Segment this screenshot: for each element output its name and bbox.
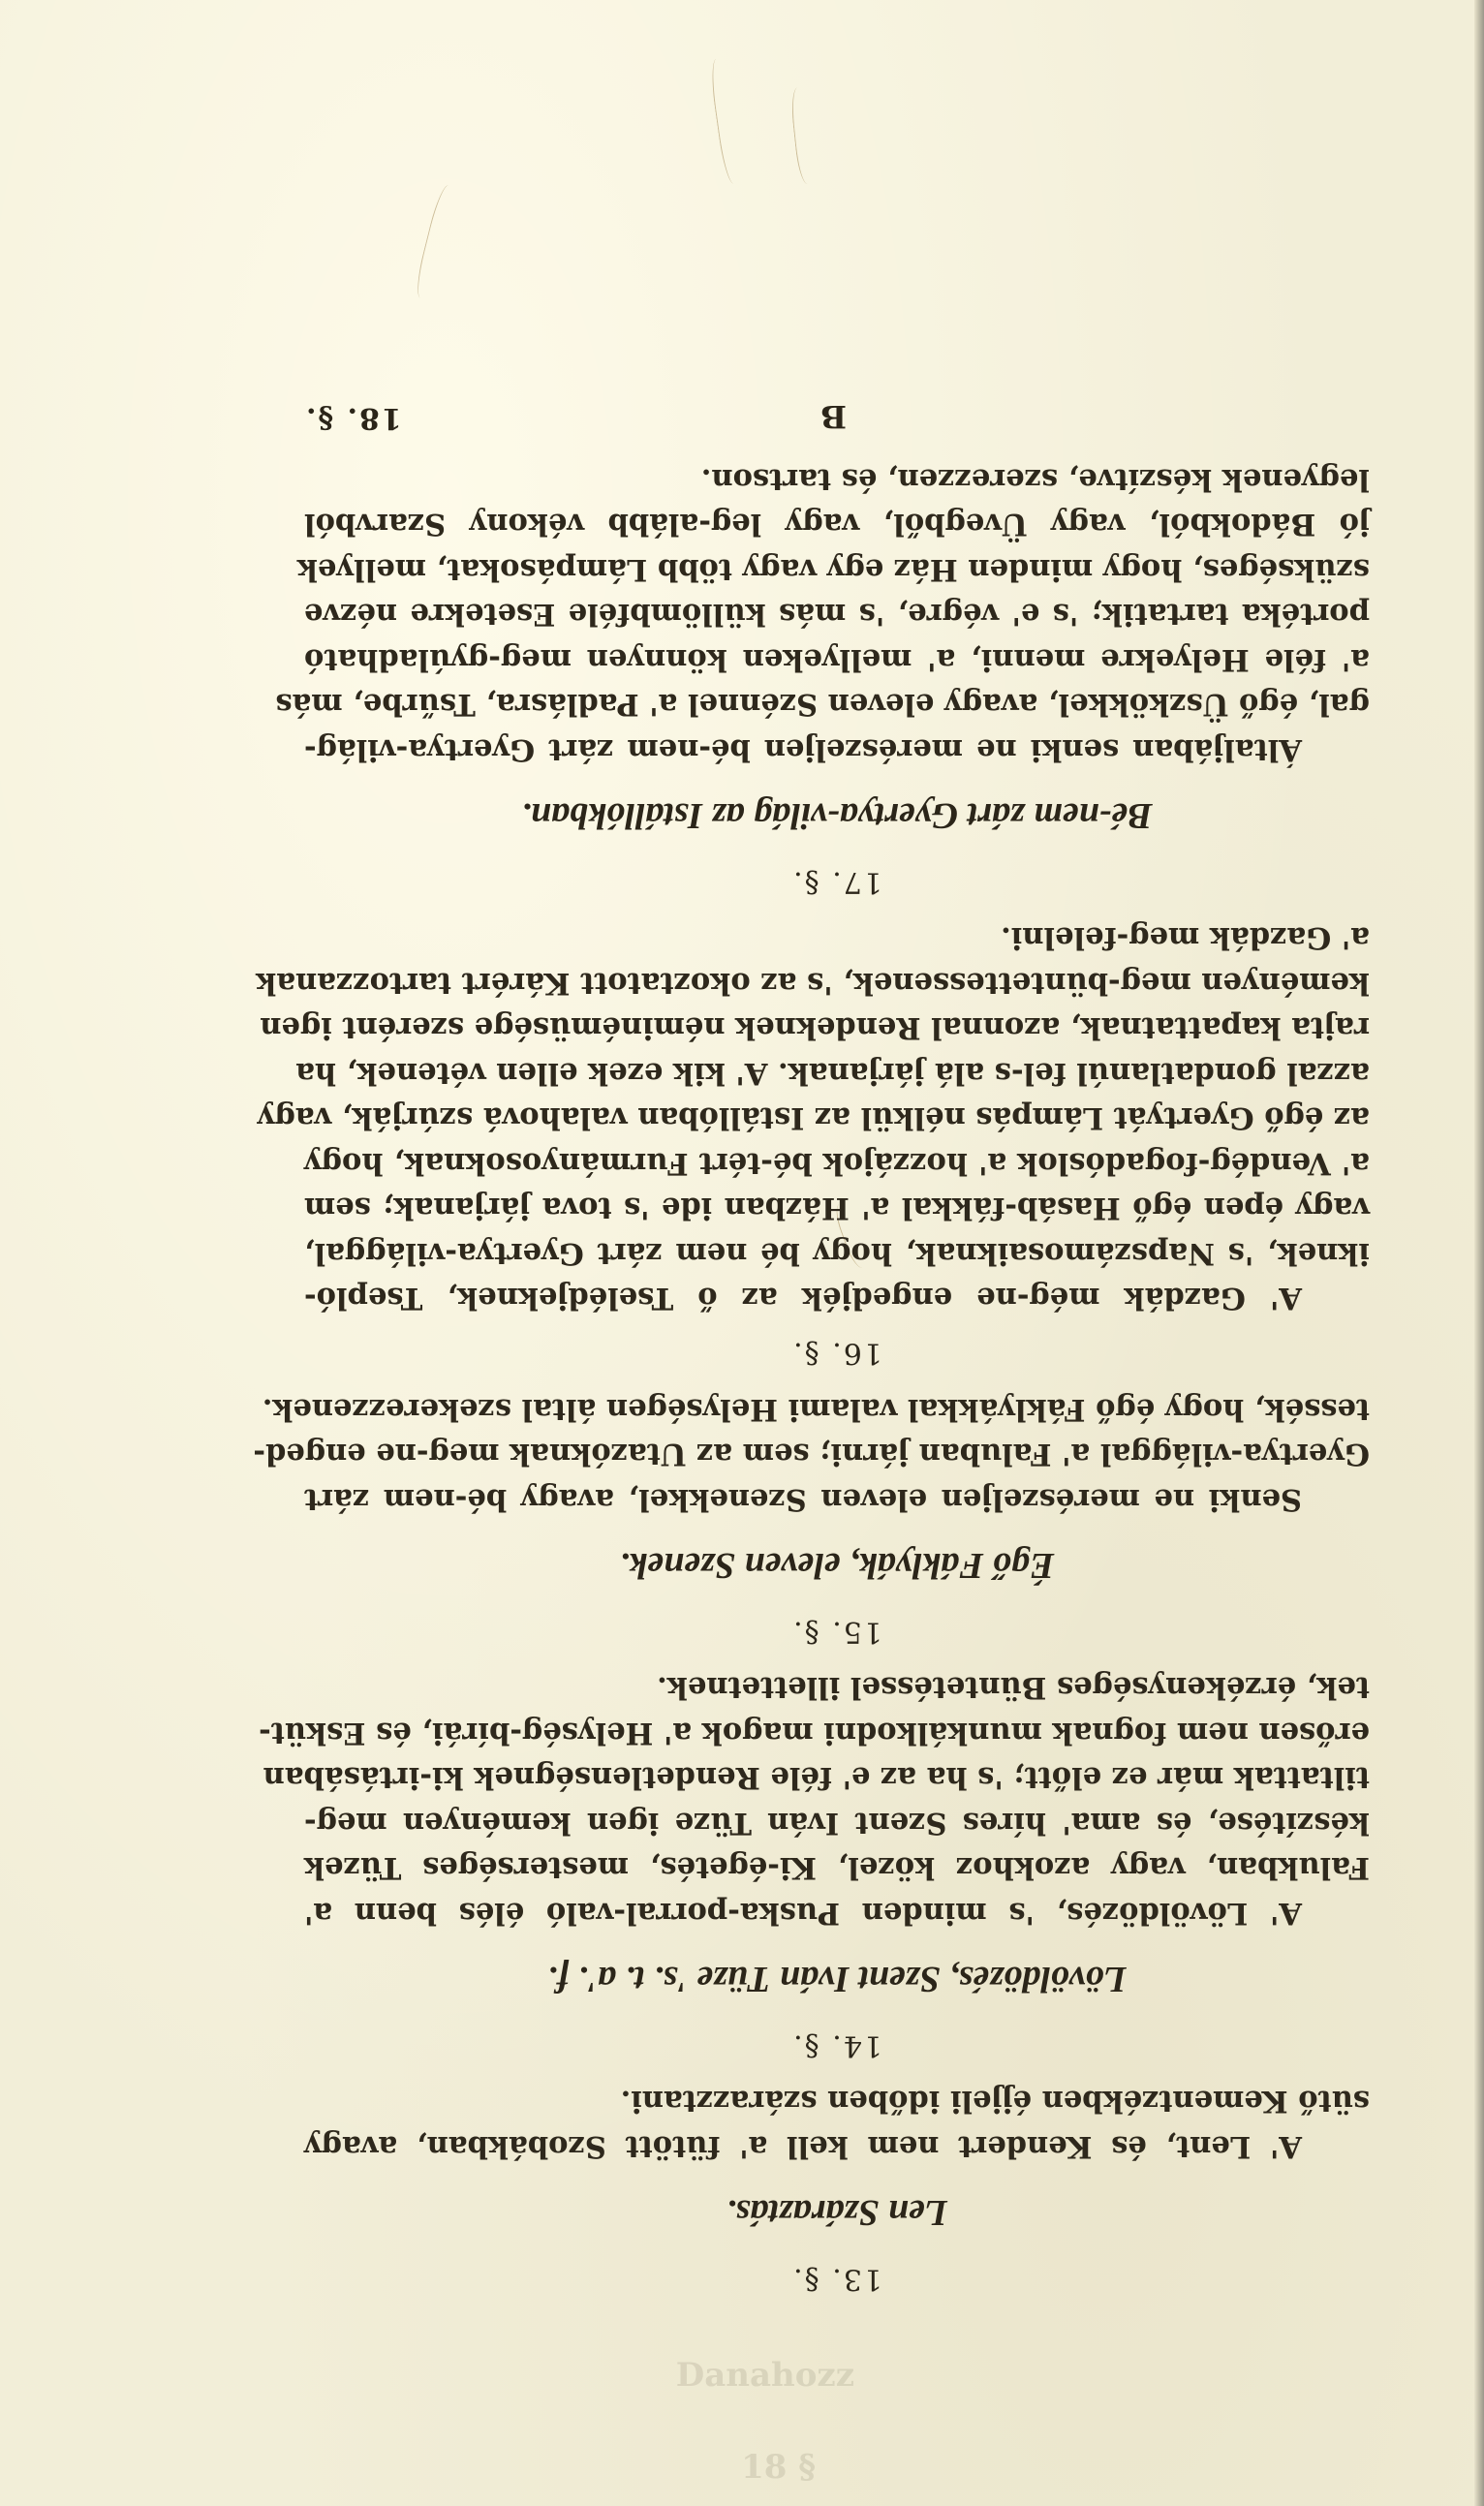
- signature-mark: B: [820, 399, 847, 436]
- section-15: 15. §. Égő Fáklyák, eleven Szenek. Senki…: [304, 1387, 1370, 1655]
- text-line: A' Lent, és Kendert nem kell a' fütött S…: [304, 2124, 1370, 2170]
- section-16: 16. §. A' Gazdák még-ne engedjék az ő Ts…: [304, 915, 1370, 1376]
- text-line: A' Gazdák még-ne engedjék az ő Tselédjek…: [304, 1276, 1370, 1321]
- text-line: Falukban, vagy azokhoz közel, Ki-égetés,…: [304, 1845, 1370, 1891]
- text-line: tek, érzékenységes Büntetéssel illettetn…: [304, 1665, 1370, 1711]
- text-line: Senki ne merészeljen eleven Szenekkel, a…: [304, 1477, 1370, 1523]
- show-through-text: 18 §: [741, 2448, 816, 2487]
- text-line: keményen meg-büntettessenek, 's az okozt…: [304, 961, 1370, 1006]
- text-line: legyenek készítve, szerezzen, és tartson…: [304, 457, 1370, 503]
- text-line: a' Gazdák meg-felelni.: [304, 915, 1370, 961]
- text-line: iknek, 's Napszámosaiknak, hogy bé nem z…: [304, 1231, 1370, 1277]
- text-line: portéka tartatik; 's e' végre, 's más kü…: [304, 592, 1370, 637]
- section-number: 16. §.: [304, 1331, 1370, 1376]
- section-13: 13. §. Len Száraztás. A' Lent, és Kender…: [304, 2079, 1370, 2301]
- catchword: 18. §.: [304, 402, 402, 436]
- section-title: Bé-nem zárt Gyertya-világ az Istállókban…: [304, 782, 1370, 850]
- text-line: tiltattak már ez előtt; 's ha az e' féle…: [304, 1755, 1370, 1801]
- text-line: gal, égő Üszkökkel, avagy eleven Szénnel…: [304, 682, 1370, 727]
- paragraph: Senki ne merészeljen eleven Szenekkel, a…: [304, 1387, 1370, 1523]
- section-14: 14. §. Lövöldözés, Szent Iván Tüze 's. t…: [304, 1665, 1370, 2067]
- section-title: Lövöldözés, Szent Iván Tüze 's. t. a'. f…: [304, 1945, 1370, 2013]
- paragraph: A' Gazdák még-ne engedjék az ő Tselédjek…: [304, 915, 1370, 1321]
- text-line: A' Lövöldözés, 's minden Puska-porral-va…: [304, 1891, 1370, 1936]
- section-title: Len Száraztás.: [304, 2179, 1370, 2246]
- section-17: 17. §. Bé-nem zárt Gyertya-világ az Istá…: [304, 457, 1370, 905]
- scanned-page: 18 § Danahozz 13. §. Len Száraztás. A' L…: [0, 0, 1484, 2506]
- text-line: erősen nem fognak munkálkodni magok a' H…: [304, 1711, 1370, 1756]
- text-line: a' Vendég-fogadóslok a' hozzájok bé-tért…: [304, 1141, 1370, 1187]
- text-block: 13. §. Len Száraztás. A' Lent, és Kender…: [304, 366, 1370, 2313]
- section-number: 13. §.: [304, 2256, 1370, 2301]
- text-line: a' féle Helyekre menni, a' mellyeken kön…: [304, 637, 1370, 683]
- text-line: vagy épen égő Hasáb-fákkal a' Házban ide…: [304, 1186, 1370, 1231]
- rotated-page-content: 18 § Danahozz 13. §. Len Száraztás. A' L…: [0, 0, 1484, 2506]
- section-title: Égő Fáklyák, eleven Szenek.: [304, 1531, 1370, 1599]
- text-line: jó Bádokból, vagy Üvegből, vagy leg-aláb…: [304, 502, 1370, 547]
- text-line: szükséges, hogy minden Ház egy vagy több…: [304, 547, 1370, 593]
- text-line: tessék, hogy égő Fáklyákkal valami Helys…: [304, 1387, 1370, 1433]
- section-number: 17. §.: [304, 859, 1370, 904]
- text-line: készítése, és ama' híres Szent Iván Tüze…: [304, 1801, 1370, 1846]
- section-number: 14. §.: [304, 2023, 1370, 2067]
- text-line: az égő Gyertyát Lámpás nélkül az Istálló…: [304, 1096, 1370, 1141]
- section-number: 15. §.: [304, 1609, 1370, 1654]
- show-through-text: Danahozz: [676, 2356, 854, 2395]
- text-line: rajta kapattatnak, azonnal Rendeknek ném…: [304, 1005, 1370, 1051]
- text-line: azzal gondatlanúl fel-s alá járjanak. A'…: [304, 1051, 1370, 1097]
- text-line: Általjában senki ne merészeljen bé-nem z…: [304, 727, 1370, 773]
- paragraph: A' Lövöldözés, 's minden Puska-porral-va…: [304, 1665, 1370, 1935]
- text-line: sütő Kementzékben éjjeli időben szárazzt…: [304, 2079, 1370, 2124]
- text-line: Gyertya-világgal a' Faluban járni; sem a…: [304, 1432, 1370, 1477]
- paragraph: A' Lent, és Kendert nem kell a' fütött S…: [304, 2079, 1370, 2169]
- page-footer: B 18. §.: [304, 366, 1370, 444]
- paragraph: Általjában senki ne merészeljen bé-nem z…: [304, 457, 1370, 773]
